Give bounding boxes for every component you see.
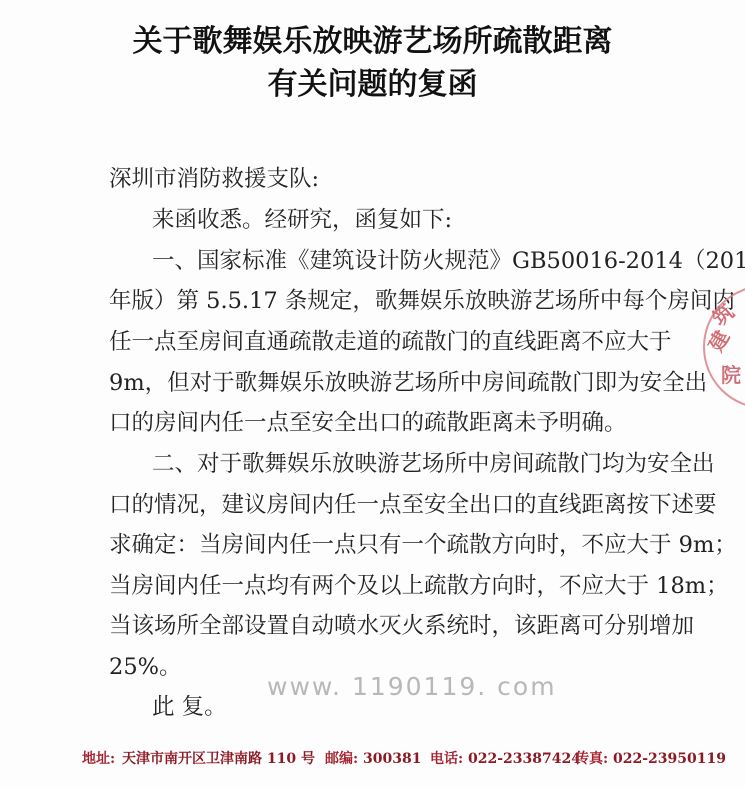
section2-line: 二、对于歌舞娱乐放映游艺场所中房间疏散门均为安全出 xyxy=(152,453,732,476)
stamp-character: 建 xyxy=(705,327,732,354)
document-page: 关于歌舞娱乐放映游艺场所疏散距离 有关问题的复函 深圳市消防救援支队: 来函收悉… xyxy=(0,0,745,787)
section1-line: 任一点至房间直通疏散走道的疏散门的直线距离不应大于 xyxy=(109,331,689,354)
section1-line: 年版）第 5.5.17 条规定，歌舞娱乐放映游艺场所中每个房间内 xyxy=(109,290,689,313)
address-label: 地址: xyxy=(82,752,115,766)
section1-line: 9m，但对于歌舞娱乐放映游艺场所中房间疏散门即为安全出 xyxy=(109,372,689,395)
section2-line: 当房间内任一点均有两个及以上疏散方向时，不应大于 18m； xyxy=(109,575,689,598)
postcode-value: 300381 xyxy=(363,752,421,766)
fax-value: 022-23950119 xyxy=(613,752,726,766)
phone-label: 电话: xyxy=(430,752,463,766)
section2-line: 当该场所全部设置自动喷水灭火系统时，该距离可分别增加 xyxy=(109,615,689,638)
recipient-line: 深圳市消防救援支队: xyxy=(109,168,689,191)
document-title-line-1: 关于歌舞娱乐放映游艺场所疏散距离 xyxy=(0,27,745,57)
document-title-line-2: 有关问题的复函 xyxy=(0,70,745,100)
section2-line: 求确定：当房间内任一点只有一个疏散方向时，不应大于 9m； xyxy=(109,534,689,557)
fax-label: 传真: xyxy=(575,752,608,766)
postcode-label: 邮编: xyxy=(325,752,358,766)
watermark-text: www. 1190119. com xyxy=(267,674,557,699)
section1-line: 口的房间内任一点至安全出口的疏散距离未予明确。 xyxy=(109,412,689,435)
opening-line: 来函收悉。经研究，函复如下: xyxy=(152,209,732,232)
address-value: 天津市南开区卫津南路 110 号 xyxy=(122,752,315,766)
stamp-character: 院 xyxy=(721,365,741,385)
section1-line: 一、国家标准《建筑设计防火规范》GB50016-2014（2018 xyxy=(152,250,732,273)
section2-line: 口的情况，建议房间内任一点至安全出口的直线距离按下述要 xyxy=(109,494,689,517)
phone-value: 022-23387424 xyxy=(468,752,581,766)
